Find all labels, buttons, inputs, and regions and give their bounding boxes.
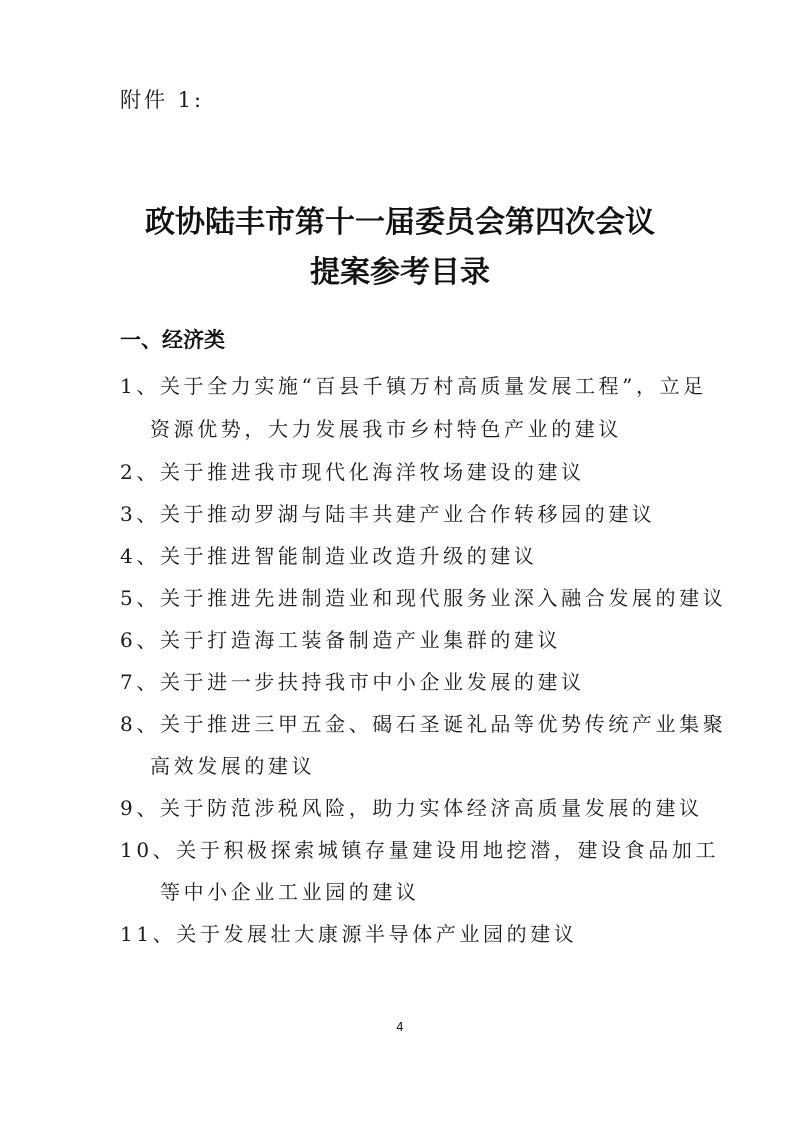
list-item-7: 7、关于进一步扶持我市中小企业发展的建议 — [120, 666, 585, 695]
list-item-9: 9、关于防范涉税风险，助力实体经济高质量发展的建议 — [120, 792, 703, 821]
item-text: 关于积极探索城镇存量建设用地挖潜，建设食品加工 — [176, 838, 719, 862]
item-number: 4、 — [120, 544, 160, 568]
item-number: 2、 — [120, 460, 160, 484]
item-text: 关于打造海工装备制造产业集群的建议 — [160, 628, 561, 652]
item-number: 5、 — [120, 586, 160, 610]
item-text: 关于推进三甲五金、碣石圣诞礼品等优势传统产业集聚 — [160, 712, 726, 736]
item-number: 1、 — [120, 374, 160, 398]
list-item-10-continuation: 等中小企业工业园的建议 — [160, 876, 420, 905]
list-item-5: 5、关于推进先进制造业和现代服务业深入融合发展的建议 — [120, 582, 726, 611]
item-text: 关于推动罗湖与陆丰共建产业合作转移园的建议 — [160, 502, 656, 526]
list-item-1: 1、关于全力实施“百县千镇万村高质量发展工程”，立足 — [120, 370, 707, 399]
item-number: 8、 — [120, 712, 160, 736]
item-number: 10、 — [120, 838, 176, 862]
document-title-line-2: 提案参考目录 — [0, 247, 800, 291]
page-number: 4 — [0, 1020, 800, 1034]
item-text: 关于推进我市现代化海洋牧场建设的建议 — [160, 460, 585, 484]
item-text: 关于全力实施“百县千镇万村高质量发展工程”，立足 — [160, 374, 707, 398]
item-number: 3、 — [120, 502, 160, 526]
list-item-8: 8、关于推进三甲五金、碣石圣诞礼品等优势传统产业集聚 — [120, 708, 726, 737]
list-item-11: 11、关于发展壮大康源半导体产业园的建议 — [120, 918, 577, 947]
attachment-label: 附件 1: — [120, 84, 204, 114]
item-number: 11、 — [120, 922, 176, 946]
item-text: 关于推进先进制造业和现代服务业深入融合发展的建议 — [160, 586, 726, 610]
document-title-line-1: 政协陆丰市第十一届委员会第四次会议 — [0, 197, 800, 241]
item-text: 关于进一步扶持我市中小企业发展的建议 — [160, 670, 585, 694]
item-text: 关于发展壮大康源半导体产业园的建议 — [176, 922, 577, 946]
item-text: 关于推进智能制造业改造升级的建议 — [160, 544, 538, 568]
document-page: 附件 1: 政协陆丰市第十一届委员会第四次会议 提案参考目录 一、经济类 1、关… — [0, 0, 800, 1133]
list-item-4: 4、关于推进智能制造业改造升级的建议 — [120, 540, 538, 569]
section-heading: 一、经济类 — [120, 324, 225, 354]
list-item-6: 6、关于打造海工装备制造产业集群的建议 — [120, 624, 561, 653]
item-number: 6、 — [120, 628, 160, 652]
item-number: 7、 — [120, 670, 160, 694]
list-item-1-continuation: 资源优势，大力发展我市乡村特色产业的建议 — [150, 413, 622, 442]
item-number: 9、 — [120, 796, 160, 820]
item-text: 关于防范涉税风险，助力实体经济高质量发展的建议 — [160, 796, 703, 820]
list-item-10: 10、关于积极探索城镇存量建设用地挖潜，建设食品加工 — [120, 834, 719, 863]
list-item-2: 2、关于推进我市现代化海洋牧场建设的建议 — [120, 456, 585, 485]
list-item-8-continuation: 高效发展的建议 — [150, 750, 315, 779]
list-item-3: 3、关于推动罗湖与陆丰共建产业合作转移园的建议 — [120, 498, 656, 527]
